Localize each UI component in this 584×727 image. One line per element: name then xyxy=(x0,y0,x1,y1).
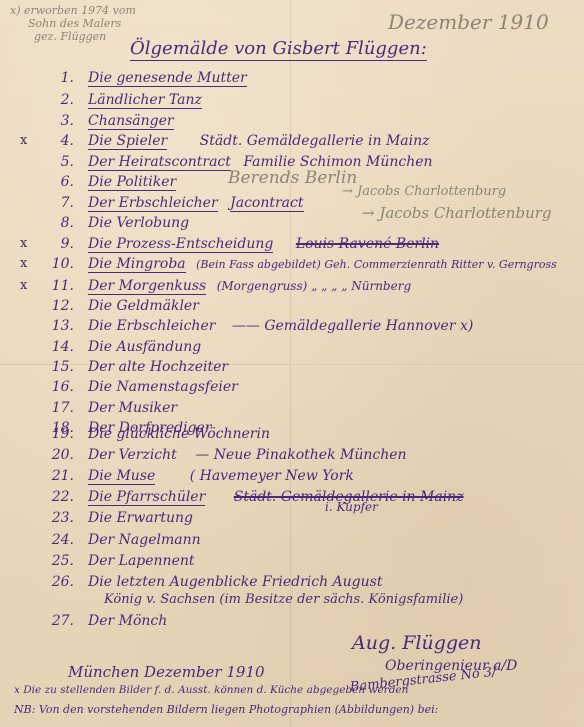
item-title: Die Muse xyxy=(88,468,155,485)
paper-fold-vertical xyxy=(290,0,291,727)
list-item: 22.Die Pfarrschüler Städt. Gemäldegaller… xyxy=(40,487,464,507)
item-number: 13. xyxy=(40,316,74,336)
item-pencil-note: → Jacobs Charlottenburg xyxy=(362,204,552,222)
item-title: Der Mönch xyxy=(88,613,167,629)
list-item: 1.Die genesende Mutter xyxy=(40,68,247,88)
footnote-1: x Die zu stellenden Bilder f. d. Ausst. … xyxy=(14,684,408,696)
list-item: 26.Die letzten Augenblicke Friedrich Aug… xyxy=(40,572,382,592)
item-title: Der Erbschleicher xyxy=(88,195,218,212)
signature-name: Aug. Flüggen xyxy=(352,632,482,654)
place-date: München Dezember 1910 xyxy=(68,663,265,681)
list-item: 16.Die Namenstagsfeier xyxy=(40,377,238,397)
item-title: Die Prozess-Entscheidung xyxy=(88,236,273,253)
item-title: Die Politiker xyxy=(88,174,176,191)
list-item: 17.Der Musiker xyxy=(40,398,177,418)
list-item: 20.Der Verzicht — Neue Pinakothek Münche… xyxy=(40,445,407,465)
item-location-note: — Neue Pinakothek München xyxy=(195,447,406,463)
list-item: 21.Die Muse ( Havemeyer New York xyxy=(40,466,354,486)
item-location-note: —— Gemäldegallerie Hannover x) xyxy=(232,318,473,334)
item-number: 15. xyxy=(40,357,74,377)
item-note: (Bein Fass abgebildet) Geh. Commerzienra… xyxy=(196,258,557,271)
list-item: 19.Die glückliche Wöchnerin xyxy=(40,424,270,444)
list-item: 11.Der Morgenkuss (Morgengruss) „ „ „ „ … xyxy=(40,276,411,296)
list-item: 10.Die Mingroba (Bein Fass abgebildet) G… xyxy=(40,254,557,274)
item-struck-note: Louis Ravené Berlin xyxy=(296,236,439,252)
item-title: Die Verlobung xyxy=(88,215,189,231)
item-continuation: König v. Sachsen (im Besitze der sächs. … xyxy=(104,592,463,607)
item-number: 11. xyxy=(40,276,74,296)
item-number: 16. xyxy=(40,377,74,397)
corner-note-line-2: Sohn des Malers xyxy=(10,17,136,30)
item-sub-note: i. Kupfer xyxy=(325,500,378,514)
item-number: 17. xyxy=(40,398,74,418)
item-number: 9. xyxy=(40,234,74,254)
pencil-date: Dezember 1910 xyxy=(388,10,549,34)
item-number: 2. xyxy=(40,90,74,110)
item-title: Der Lapennent xyxy=(88,553,195,569)
list-item: 12.Die Geldmäkler xyxy=(40,296,199,316)
item-marker-x: x xyxy=(20,133,27,148)
list-item: 2.Ländlicher Tanz xyxy=(40,90,202,110)
item-title: Die genesende Mutter xyxy=(88,70,247,87)
list-item: 7.Der Erbschleicher Jacontract xyxy=(40,193,304,213)
item-number: 20. xyxy=(40,445,74,465)
corner-note-line-3: gez. Flüggen xyxy=(10,30,136,43)
list-item: 3.Chansänger xyxy=(40,111,174,131)
item-title: Der Morgenkuss xyxy=(88,278,206,295)
item-note: (Morgengruss) „ „ „ „ Nürnberg xyxy=(217,279,411,293)
item-title: Die Mingroba xyxy=(88,256,186,273)
item-title: Die Erbschleicher xyxy=(88,318,215,334)
item-number: 21. xyxy=(40,466,74,486)
item-title: Die Spieler xyxy=(88,133,167,150)
page-title: Ölgemälde von Gisbert Flüggen: xyxy=(130,38,427,61)
item-title: Der Musiker xyxy=(88,400,177,416)
list-item: 4.Die Spieler Städt. Gemäldegallerie in … xyxy=(40,131,430,151)
item-number: 22. xyxy=(40,487,74,507)
list-item: 13.Die Erbschleicher —— Gemäldegallerie … xyxy=(40,316,473,336)
footnote-2: NB: Von den vorstehenden Bildern liegen … xyxy=(14,703,438,716)
list-item: 15.Der alte Hochzeiter xyxy=(40,357,228,377)
item-number: 5. xyxy=(40,152,74,172)
item-number: 8. xyxy=(40,213,74,233)
item-title: Der Nagelmann xyxy=(88,532,201,548)
item-number: 6. xyxy=(40,172,74,192)
item-location-note: ( Havemeyer New York xyxy=(190,468,354,484)
item-title: Ländlicher Tanz xyxy=(88,92,202,109)
item-pencil-note: Berends Berlin xyxy=(228,168,357,188)
item-number: 4. xyxy=(40,131,74,151)
item-number: 27. xyxy=(40,611,74,631)
item-title: Die Namenstagsfeier xyxy=(88,379,238,395)
item-number: 10. xyxy=(40,254,74,274)
item-pencil-note: → Jacobs Charlottenburg xyxy=(342,184,506,199)
item-title: Die Geldmäkler xyxy=(88,298,199,314)
item-number: 19. xyxy=(40,424,74,444)
item-marker-x: x xyxy=(20,256,27,271)
item-title: Chansänger xyxy=(88,113,174,130)
list-item: 25.Der Lapennent xyxy=(40,551,195,571)
list-item: 24.Der Nagelmann xyxy=(40,530,201,550)
list-item: 14.Die Ausfändung xyxy=(40,337,201,357)
item-number: 3. xyxy=(40,111,74,131)
item-title: Die Pfarrschüler xyxy=(88,489,205,506)
list-item: 27.Der Mönch xyxy=(40,611,167,631)
item-note: Jacontract xyxy=(230,195,303,212)
item-number: 1. xyxy=(40,68,74,88)
item-number: 25. xyxy=(40,551,74,571)
corner-note-line-1: x) erworben 1974 vom xyxy=(10,4,136,17)
item-title: Der Verzicht xyxy=(88,447,177,463)
item-number: 24. xyxy=(40,530,74,550)
item-marker-x: x xyxy=(20,278,27,293)
item-number: 23. xyxy=(40,508,74,528)
item-title: Die letzten Augenblicke Friedrich August xyxy=(88,574,382,590)
item-title: Der Heiratscontract xyxy=(88,154,231,171)
item-marker-x: x xyxy=(20,236,27,251)
item-location-note: Städt. Gemäldegallerie in Mainz xyxy=(200,133,430,149)
corner-note: x) erworben 1974 vom Sohn des Malers gez… xyxy=(10,4,136,43)
item-number: 7. xyxy=(40,193,74,213)
item-number: 14. xyxy=(40,337,74,357)
item-number: 12. xyxy=(40,296,74,316)
item-title: Die Erwartung xyxy=(88,510,193,526)
list-item: 6.Die Politiker xyxy=(40,172,176,192)
list-item: 23.Die Erwartung xyxy=(40,508,193,528)
item-title: Die Ausfändung xyxy=(88,339,201,355)
item-title: Der alte Hochzeiter xyxy=(88,359,228,375)
item-title: Die glückliche Wöchnerin xyxy=(88,426,270,442)
list-item: 8.Die Verlobung xyxy=(40,213,189,233)
item-number: 26. xyxy=(40,572,74,592)
list-item: 9.Die Prozess-Entscheidung Louis Ravené … xyxy=(40,234,439,254)
